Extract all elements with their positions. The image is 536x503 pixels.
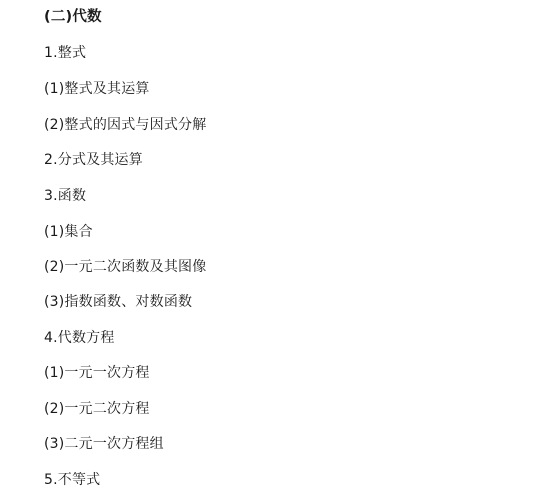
outline-item: (1)整式及其运算 xyxy=(44,80,150,98)
outline-item: (1)集合 xyxy=(44,223,93,241)
outline-item: (2)一元二次方程 xyxy=(44,400,150,418)
outline-item: 4.代数方程 xyxy=(44,329,115,347)
outline-item: 2.分式及其运算 xyxy=(44,151,143,169)
outline-item: 5.不等式 xyxy=(44,471,100,489)
outline-item: 3.函数 xyxy=(44,187,86,205)
outline-item: (1)一元一次方程 xyxy=(44,364,150,382)
outline-item: (3)指数函数、对数函数 xyxy=(44,293,192,311)
outline-item: 1.整式 xyxy=(44,44,86,62)
outline-item: (2)一元二次函数及其图像 xyxy=(44,258,206,276)
outline-item: (3)二元一次方程组 xyxy=(44,435,164,453)
section-heading: (二)代数 xyxy=(44,8,102,26)
outline-item: (2)整式的因式与因式分解 xyxy=(44,116,206,134)
